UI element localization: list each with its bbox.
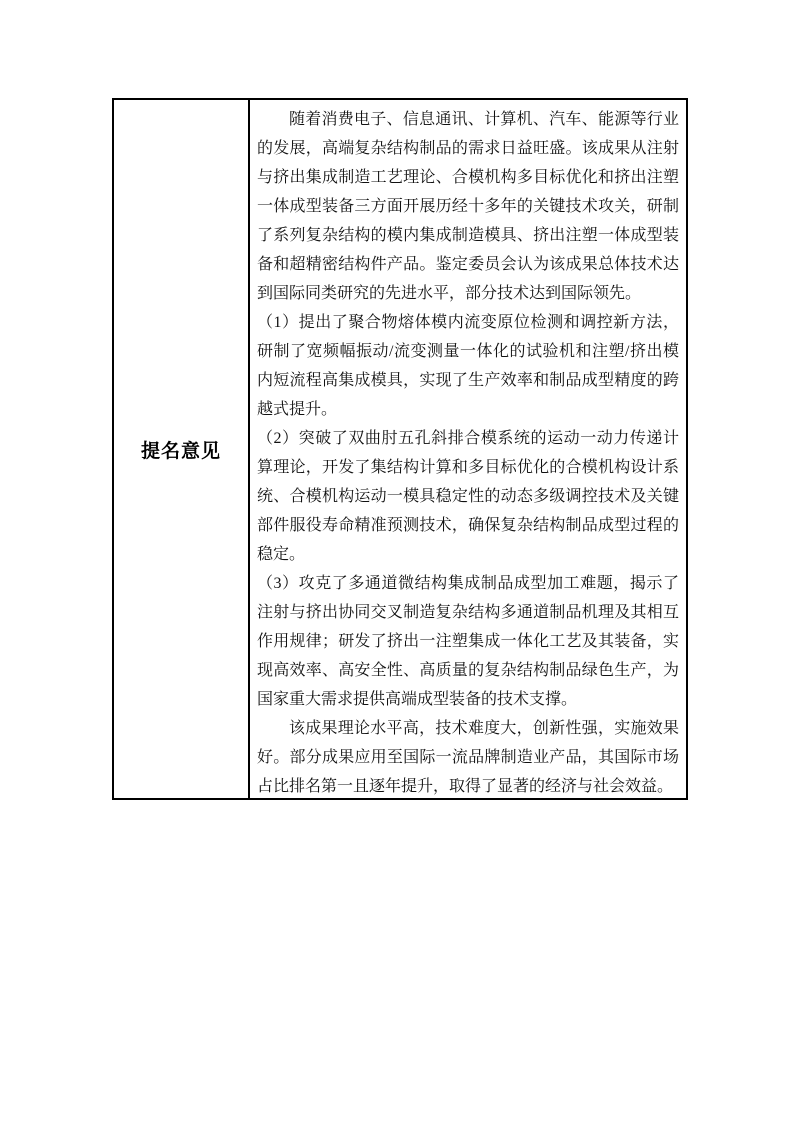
- content-cell: 随着消费电子、信息通讯、计算机、汽车、能源等行业的发展，高端复杂结构制品的需求日…: [250, 100, 686, 798]
- document-page: 提名意见 随着消费电子、信息通讯、计算机、汽车、能源等行业的发展，高端复杂结构制…: [0, 0, 794, 1123]
- paragraph-point-3: （3）攻克了多通道微结构集成制品成型加工难题，揭示了注射与挤出协同交叉制造复杂结…: [257, 569, 679, 714]
- nomination-opinion-table: 提名意见 随着消费电子、信息通讯、计算机、汽车、能源等行业的发展，高端复杂结构制…: [112, 98, 688, 800]
- nomination-opinion-label: 提名意见: [141, 436, 221, 463]
- paragraph-point-2: （2）突破了双曲肘五孔斜排合模系统的运动一动力传递计算理论，开发了集结构计算和多…: [257, 424, 679, 569]
- label-cell: 提名意见: [114, 100, 250, 798]
- paragraph-overview: 随着消费电子、信息通讯、计算机、汽车、能源等行业的发展，高端复杂结构制品的需求日…: [257, 105, 679, 308]
- paragraph-evaluation: 该成果理论水平高，技术难度大，创新性强，实施效果好。部分成果应用至国际一流品牌制…: [257, 714, 679, 798]
- paragraph-point-1: （1）提出了聚合物熔体模内流变原位检测和调控新方法，研制了宽频幅振动/流变测量一…: [257, 308, 679, 424]
